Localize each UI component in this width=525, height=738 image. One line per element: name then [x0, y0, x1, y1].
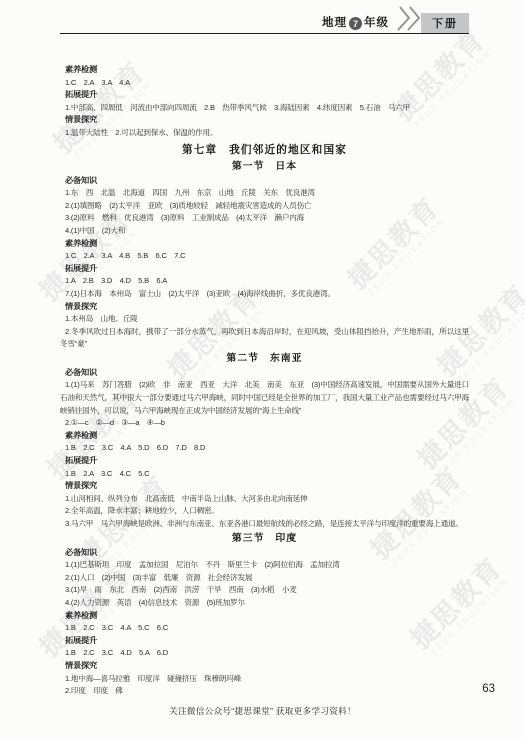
answer-line: 2.印度 印度 佛: [60, 685, 469, 698]
answer-line: 1.A 2.B 3.D 4.D 5.B 6.A: [60, 275, 469, 288]
answer-line: 2.①—c ②—d ③—a ④—b: [60, 417, 469, 430]
answer-line: 1.B 2.C 3.C 4.A 5.D 6.D 7.D 8.D: [60, 442, 469, 455]
answer-line: 1.B 2.C 3.C 4.D 5.A 6.D: [60, 647, 469, 660]
answer-line: 4.(2)人力资源 英语 (4)信息技术 资源 (5)班加罗尔: [60, 597, 469, 610]
answer-line: 2.(1)人口 (2)中国 (3)丰富 低廉 资源 社会经济发展: [60, 572, 469, 585]
answer-line: 1.(1)巴基斯坦 印度 孟加拉国 尼泊尔 不丹 斯里兰卡 (2)阿拉伯海 孟加…: [60, 559, 469, 572]
grade-badge: 7: [349, 17, 362, 30]
answer-category-subhead: 情景探究: [60, 660, 469, 673]
answer-line: 1.中部高、四周低 河流由中部向四周流 2.B 热带季风气候 3.海陆因素 4.…: [60, 102, 469, 115]
answer-line: 1.B 2.C 3.C 4.A 5.C 6.C: [60, 622, 469, 635]
answer-line: 1.温带大陆性 2.可以起到保水、保温的作用。: [60, 127, 469, 140]
answer-line: 1.B 2.A 3.C 4.C 5.C: [60, 468, 469, 481]
answer-line: 4.(1)中国 (2)大和: [60, 225, 469, 238]
answer-line: 7.(1)日本海 本州岛 富士山 (2)太平洋 (3)亚欧 (4)海岸线曲折，多…: [60, 288, 469, 301]
page-number: 63: [482, 683, 495, 695]
answer-line: 1.山河相间、纵列分布 北高南低 中南半岛上山脉、大河多由北向南延伸: [60, 493, 469, 506]
answer-category-subhead: 拓展提升: [60, 635, 469, 648]
answer-category-subhead: 素养检测: [60, 238, 469, 251]
answer-paragraph: 2.冬季风吹过日本海时，携带了一部分水蒸气，再吹到日本海沿岸时，在迎风坡，受山体…: [60, 326, 469, 351]
answer-category-subhead: 拓展提升: [60, 263, 469, 276]
header-subject: 地理: [322, 14, 347, 30]
section-title: 第三节 印度: [60, 532, 469, 546]
footer-note: 关注微信公众号“捷思课堂” 获取更多学习资料！: [0, 705, 525, 717]
volume-badge: 下册: [421, 13, 469, 33]
answer-category-subhead: 情景探究: [60, 480, 469, 493]
answer-paragraph: 1.(1)马来 苏门答腊 (2)欧 非 南亚 西亚 大洋 北美 南美 东亚 (3…: [60, 379, 469, 417]
page-header: 地理 7 年级 下册: [60, 0, 469, 34]
answer-line: 3.(1)旱 雨 东北 西南 (2)西南 洪涝 干旱 西南 (3)水稻 小麦: [60, 584, 469, 597]
answer-category-subhead: 必备知识: [60, 547, 469, 560]
answer-paragraph: 3.马六甲 马六甲海峡是欧洲、非洲与东南亚、东亚各港口最短航线的必经之路，是连接…: [60, 518, 469, 531]
answer-line: 1.C 2.A 3.A 4.B 5.B 6.C 7.C: [60, 250, 469, 263]
answer-line: 1.C 2.A 3.A 4.A: [60, 77, 469, 90]
answer-category-subhead: 情景探究: [60, 301, 469, 314]
answer-category-subhead: 素养检测: [60, 64, 469, 77]
chapter-title: 第七章 我们邻近的地区和国家: [60, 143, 469, 158]
answer-category-subhead: 情景探究: [60, 114, 469, 127]
answer-line: 1.东 西 北温 北海道 四国 九州 东京 山地 丘陵 关东 优良港湾: [60, 187, 469, 200]
header-grade-suffix: 年级: [364, 14, 389, 30]
answer-category-subhead: 拓展提升: [60, 455, 469, 468]
answer-line: 1.本州岛 山地、丘陵: [60, 313, 469, 326]
answer-line: 2.(1)填图略 (2)太平洋 亚欧 (3)质地较轻 减轻地震灾害造成的人员伤亡: [60, 200, 469, 213]
answer-line: 2.全年高温，降水丰富；耕地较少，人口稠密。: [60, 505, 469, 518]
header-title-group: 地理 7 年级 下册: [322, 5, 469, 33]
answer-line: 1.地中海—喜马拉雅 印度洋 碰撞挤压 珠穆朗玛峰: [60, 673, 469, 686]
section-title: 第一节 日本: [60, 160, 469, 174]
answer-category-subhead: 素养检测: [60, 610, 469, 623]
answer-category-subhead: 拓展提升: [60, 89, 469, 102]
answer-category-subhead: 素养检测: [60, 430, 469, 443]
answer-category-subhead: 必备知识: [60, 175, 469, 188]
answers-content: 素养检测1.C 2.A 3.A 4.A拓展提升1.中部高、四周低 河流由中部向四…: [60, 64, 469, 698]
section-title: 第二节 东南亚: [60, 352, 469, 366]
textbook-answer-page: 捷思教育ZEUS EDUCATION捷思教育ZEUS EDUCATION捷思教育…: [0, 0, 525, 738]
answer-line: 3.(2)原料 燃料 优良港湾 (3)原料 工业制成品 (4)太平洋 濑户内海: [60, 212, 469, 225]
answer-category-subhead: 必备知识: [60, 367, 469, 380]
